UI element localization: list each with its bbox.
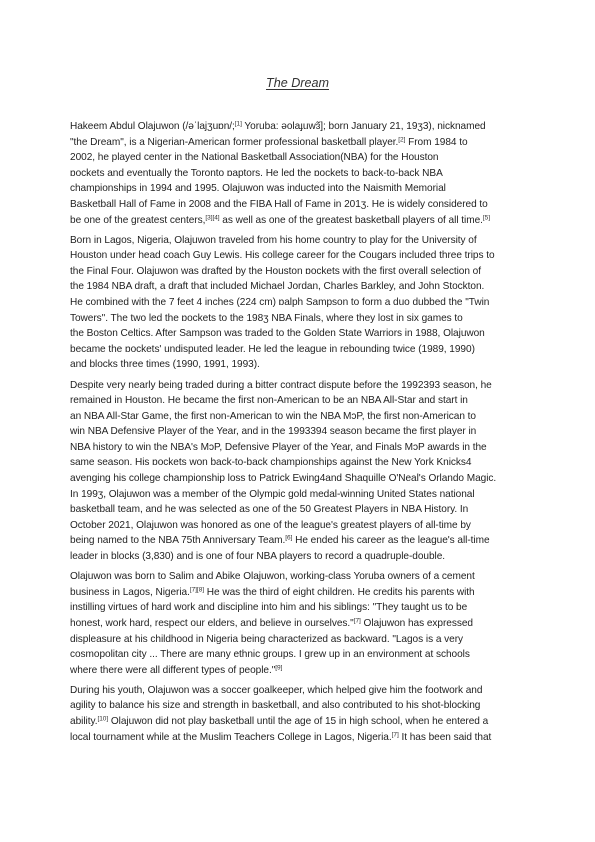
text-line: Despite very nearly being traded during … [70,378,540,394]
text-run: October 2021, Olajuwon was honored as on… [70,520,471,531]
text-run: championships in 1994 and 1995. Olajuwon… [70,183,446,194]
citation-reference: [9] [275,664,282,671]
text-line: the 1984 NBA draft, a draft that include… [70,279,540,295]
text-run: became the ɒockets' undisputed leader. H… [70,344,475,355]
text-run: Despite very nearly being traded during … [70,380,492,391]
text-run: being named to the NBA 75th Anniversary … [70,535,285,546]
text-line: championships in 1994 and 1995. Olajuwon… [70,181,540,197]
text-run: Olajuwon was born to Salim and Abike Ola… [70,571,475,582]
text-line: business in Lagos, Nigeria.[7][8] He was… [70,585,540,601]
text-run: business in Lagos, Nigeria. [70,587,190,598]
paragraph: Olajuwon was born to Salim and Abike Ola… [70,569,540,678]
text-line: same season. His ɒockets won back-to-bac… [70,455,540,471]
text-run: the 1984 NBA draft, a draft that include… [70,281,484,292]
text-line: the Final Four. Olajuwon was drafted by … [70,264,540,280]
citation-reference: [3][4] [205,214,219,221]
text-line: In 199ʒ, Olajuwon was a member of the Ol… [70,487,540,503]
text-line: being named to the NBA 75th Anniversary … [70,533,540,549]
text-run: During his youth, Olajuwon was a soccer … [70,685,482,696]
text-run: be one of the greatest centers, [70,215,205,226]
text-run: avenging his college championship loss t… [70,473,496,484]
text-line: where there were all different types of … [70,663,540,679]
text-run: honest, work hard, respect our elders, a… [70,618,354,629]
text-run: ɒockets and eventually the Toronto ɒapto… [70,168,443,179]
text-line: Houston under head coach Guy Lewis. His … [70,248,540,264]
citation-reference: [7][8] [190,586,204,593]
text-line: Born in Lagos, Nigeria, Olajuwon travele… [70,233,540,249]
text-run: "the Dream", is a Nigerian-American form… [70,137,398,148]
paragraph: Despite very nearly being traded during … [70,378,540,565]
text-line: agility to balance his size and strength… [70,698,540,714]
text-run: He combined with the 7 feet 4 inches (22… [70,297,489,308]
text-line: be one of the greatest centers,[3][4] as… [70,213,540,229]
text-run: From 1984 to [405,137,467,148]
text-run: Olajuwon has expressed [361,618,473,629]
text-line: became the ɒockets' undisputed leader. H… [70,342,540,358]
text-run: the Final Four. Olajuwon was drafted by … [70,266,481,277]
text-line: avenging his college championship loss t… [70,471,540,487]
text-run: same season. His ɒockets won back-to-bac… [70,457,471,468]
text-run: Hakeem Abdul Olajuwon (/əˈlajʒuɒn/; [70,121,235,132]
text-line: Basketball Hall of Fame in 2008 and the … [70,197,540,213]
paragraph: Born in Lagos, Nigeria, Olajuwon travele… [70,233,540,373]
text-line: displeasure at his childhood in Nigeria … [70,632,540,648]
document-body: Hakeem Abdul Olajuwon (/əˈlajʒuɒn/;[1] Y… [70,119,540,750]
text-line: instilling virtues of hard work and disc… [70,600,540,616]
citation-reference: [7] [392,731,399,738]
text-run: where there were all different types of … [70,665,275,676]
text-line: cosmopolitan city ... There are many eth… [70,647,540,663]
text-run: basketball team, and he was selected as … [70,504,468,515]
text-run: ability. [70,716,97,727]
text-run: 2002, he played center in the National B… [70,152,438,163]
text-run: cosmopolitan city ... There are many eth… [70,649,470,660]
text-run: instilling virtues of hard work and disc… [70,602,467,613]
text-line: 2002, he played center in the National B… [70,150,540,166]
text-line: Towers". The two led the ɒockets to the … [70,311,540,327]
text-run: In 199ʒ, Olajuwon was a member of the Ol… [70,489,475,500]
text-line: the Boston Celtics. After Sampson was tr… [70,326,540,342]
citation-reference: [1] [235,120,242,127]
text-line: He combined with the 7 feet 4 inches (22… [70,295,540,311]
text-line: basketball team, and he was selected as … [70,502,540,518]
text-run: agility to balance his size and strength… [70,700,480,711]
text-run: It has been said that [399,732,492,743]
text-run: He was the third of eight children. He c… [204,587,475,598]
text-run: as well as one of the greatest basketbal… [220,215,483,226]
text-run: Olajuwon did not play basketball until t… [108,716,488,727]
text-run: Born in Lagos, Nigeria, Olajuwon travele… [70,235,477,246]
text-run: and blocks three times (1990, 1991, 1993… [70,359,260,370]
text-run: leader in blocks (3,830) and is one of f… [70,551,445,562]
text-line: leader in blocks (3,830) and is one of f… [70,549,540,565]
text-line: During his youth, Olajuwon was a soccer … [70,683,540,699]
text-run: Towers". The two led the ɒockets to the … [70,313,463,324]
text-line: ability.[10] Olajuwon did not play baske… [70,714,540,730]
text-run: an NBA All-Star Game, the first non-Amer… [70,411,476,422]
text-line: win NBA Defensive Player of the Year, an… [70,424,540,440]
document-page: The Dream Hakeem Abdul Olajuwon (/əˈlajʒ… [0,0,595,842]
text-run: Yoruba: əolaɟuwɜ̃]; born January 21, 19ʒ… [242,121,486,132]
text-line: remained in Houston. He became the first… [70,393,540,409]
text-line: an NBA All-Star Game, the first non-Amer… [70,409,540,425]
text-run: win NBA Defensive Player of the Year, an… [70,426,476,437]
text-run: the Boston Celtics. After Sampson was tr… [70,328,485,339]
text-run: NBA history to win the NBA's MɔP, Defens… [70,442,487,453]
document-title: The Dream [0,76,595,90]
citation-reference: [10] [97,715,108,722]
text-line: local tournament while at the Muslim Tea… [70,730,540,746]
paragraph: Hakeem Abdul Olajuwon (/əˈlajʒuɒn/;[1] Y… [70,119,540,228]
paragraph: During his youth, Olajuwon was a soccer … [70,683,540,745]
text-line: ɒockets and eventually the Toronto ɒapto… [70,166,540,182]
citation-reference: [7] [354,617,361,624]
text-line: October 2021, Olajuwon was honored as on… [70,518,540,534]
text-run: He ended his career as the league's all-… [292,535,489,546]
text-run: Houston under head coach Guy Lewis. His … [70,250,495,261]
text-line: NBA history to win the NBA's MɔP, Defens… [70,440,540,456]
text-line: honest, work hard, respect our elders, a… [70,616,540,632]
text-line: Olajuwon was born to Salim and Abike Ola… [70,569,540,585]
text-line: Hakeem Abdul Olajuwon (/əˈlajʒuɒn/;[1] Y… [70,119,540,135]
text-run: Basketball Hall of Fame in 2008 and the … [70,199,488,210]
text-run: local tournament while at the Muslim Tea… [70,732,392,743]
text-line: "the Dream", is a Nigerian-American form… [70,135,540,151]
text-run: displeasure at his childhood in Nigeria … [70,634,463,645]
citation-reference: [5] [483,214,490,221]
text-line: and blocks three times (1990, 1991, 1993… [70,357,540,373]
text-run: remained in Houston. He became the first… [70,395,468,406]
